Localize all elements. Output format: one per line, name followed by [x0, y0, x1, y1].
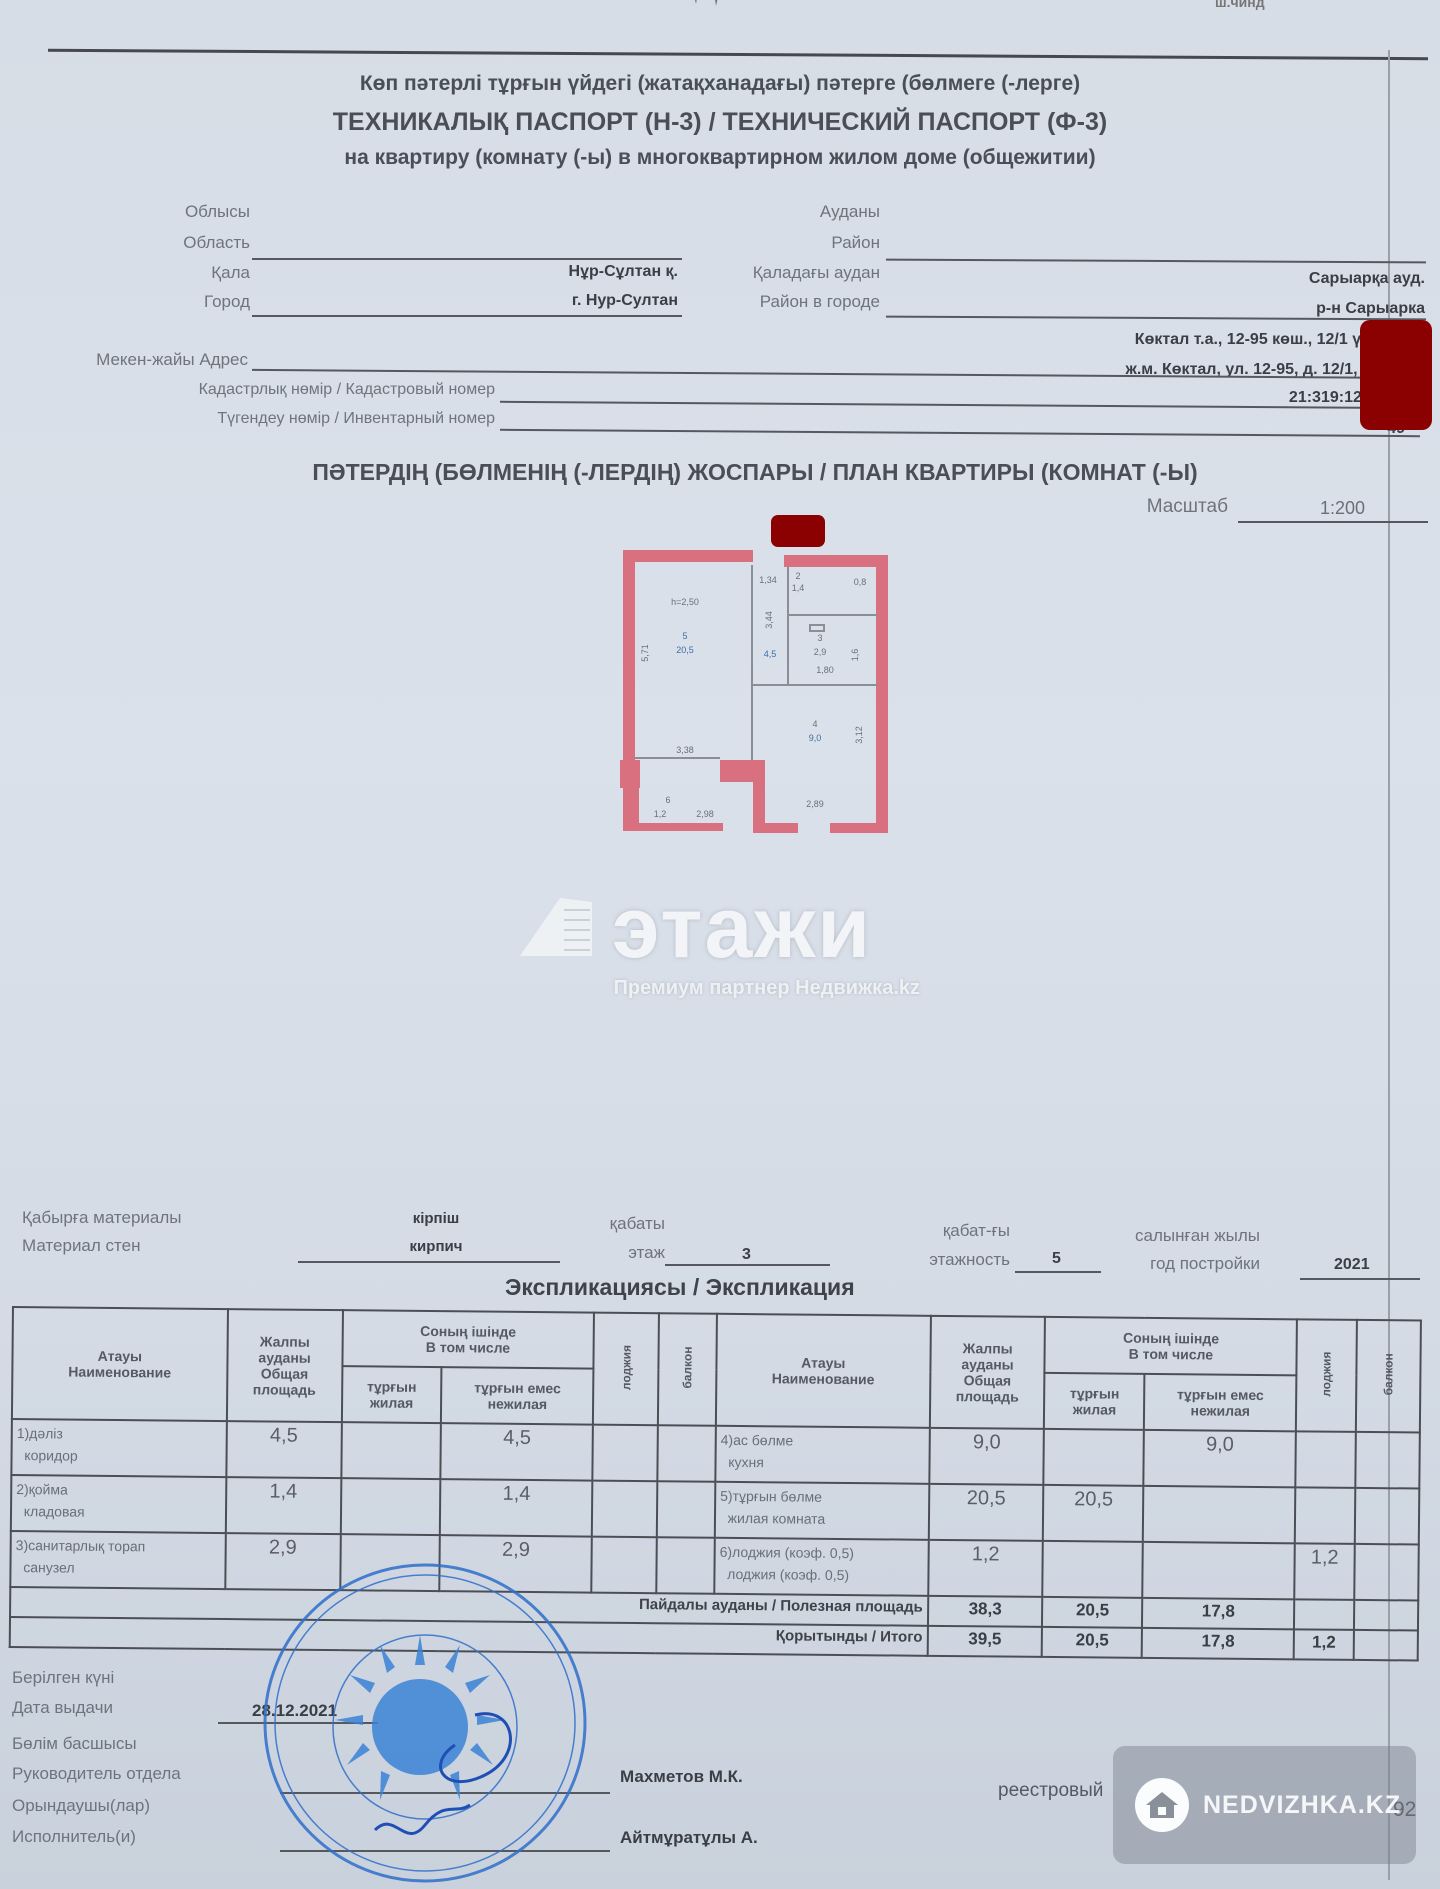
col-living-header-right: тұрғынжилая: [1044, 1373, 1144, 1430]
svg-text:5,71: 5,71: [640, 644, 650, 662]
svg-text:9,0: 9,0: [809, 733, 822, 743]
issue-date-label-ru: Дата выдачи: [12, 1698, 113, 1718]
watermark-brand: этажи: [612, 885, 872, 971]
top-corner-text: ш.чинд: [1215, 0, 1265, 10]
col-balcony-header-right: балкон: [1356, 1320, 1421, 1433]
emblem-fragment-icon: [650, 0, 770, 20]
wall-label-kz: Қабырға материалы: [22, 1208, 182, 1228]
inventory-label: Түгендеу нөмір / Инвентарный номер: [217, 410, 495, 428]
wall-value-kz: кірпіш: [396, 1210, 476, 1227]
col-balcony-header-left: балкон: [658, 1313, 717, 1426]
floor-label-kz: қабаты: [610, 1214, 665, 1234]
district-field-line: [886, 259, 1426, 264]
plan-title: ПӘТЕРДІҢ (БӨЛМЕНІҢ (-ЛЕРДІҢ) ЖОСПАРЫ / П…: [0, 459, 1440, 486]
svg-text:1,34: 1,34: [759, 575, 777, 585]
address-label: Мекен-жайы Адрес: [96, 350, 248, 370]
watermark-tagline: Премиум партнер Недвижка.kz: [520, 977, 940, 1000]
city-value-ru: г. Нур-Султан: [572, 292, 678, 310]
city-label-ru: Город: [204, 292, 250, 312]
top-rule: [48, 49, 1428, 60]
col-loggia-header-right: лоджия: [1296, 1319, 1357, 1432]
redaction-block: [1360, 320, 1432, 430]
wall-value-ru: кирпич: [396, 1238, 476, 1255]
oblast-label-kz: Облысы: [185, 202, 250, 222]
head-label-ru: Руководитель отдела: [12, 1764, 181, 1784]
floors-value: 5: [1052, 1250, 1061, 1268]
nedvizhka-badge[interactable]: NEDVIZHKA.KZ: [1113, 1746, 1416, 1864]
header-subtitle-kz: Көп пәтерлі тұрғын үйдегі (жатақханадағы…: [0, 72, 1440, 96]
explication-table: АтауыНаименование Жалпы ауданыОбщая площ…: [9, 1306, 1422, 1662]
oblast-label-ru: Область: [183, 233, 250, 253]
svg-text:h=2,50: h=2,50: [671, 597, 699, 607]
executor-label-ru: Исполнитель(и): [12, 1827, 136, 1847]
svg-text:3,12: 3,12: [854, 726, 864, 744]
executor-label-kz: Орындаушы(лар): [12, 1796, 150, 1816]
city-district-label-ru: Район в городе: [760, 292, 880, 312]
header-title: ТЕХНИКАЛЫҚ ПАСПОРТ (Н-3) / ТЕХНИЧЕСКИЙ П…: [0, 108, 1440, 137]
address-value-kz: Көктал т.а., 12-95 көш., 12/1 ү.,: [1135, 331, 1370, 349]
scale-field-line: [1238, 521, 1428, 523]
scale-value: 1:200: [1320, 498, 1365, 519]
year-field-line: [1300, 1278, 1420, 1280]
city-field-line: [252, 315, 682, 317]
col-nonliving-header-right: тұрғын емеснежилая: [1144, 1374, 1296, 1431]
district-label-ru: Район: [831, 233, 880, 253]
col-total-header-left: Жалпы ауданыОбщая площадь: [227, 1309, 343, 1422]
official-stamp: [255, 1555, 595, 1885]
year-label-kz: салынған жылы: [1135, 1226, 1260, 1246]
col-loggia-header-left: лоджия: [593, 1313, 659, 1426]
wall-label-ru: Материал стен: [22, 1236, 140, 1256]
city-district-value-kz: Сарыарқа ауд.: [1309, 270, 1425, 288]
svg-text:1,2: 1,2: [654, 809, 667, 819]
city-district-label-kz: Қаладағы аудан: [753, 263, 880, 283]
cadastral-label: Кадастрлық нөмір / Кадастровый номер: [199, 381, 495, 399]
issue-date-label-kz: Берілген күні: [12, 1668, 114, 1688]
svg-text:20,5: 20,5: [676, 645, 694, 655]
badge-text: NEDVIZHKA.KZ: [1203, 1791, 1401, 1820]
wall-field-line: [298, 1261, 560, 1263]
building-logo-icon: [520, 898, 600, 958]
cadastral-field-line: [500, 401, 1420, 409]
col-total-header-right: Жалпы ауданыОбщая площадь: [929, 1316, 1045, 1429]
floors-label-kz: қабат-ғы: [943, 1221, 1010, 1241]
year-label-ru: год постройки: [1150, 1254, 1260, 1274]
executor-name: Айтмұратұлы А.: [620, 1828, 758, 1848]
svg-text:0,8: 0,8: [854, 577, 867, 587]
scale-label: Масштаб: [1147, 496, 1228, 518]
col-living-header-left: тұрғынжилая: [341, 1366, 441, 1423]
svg-text:3: 3: [817, 633, 822, 643]
svg-text:1,80: 1,80: [816, 665, 834, 675]
svg-text:4: 4: [812, 719, 817, 729]
head-label-kz: Бөлім басшысы: [12, 1734, 137, 1754]
svg-text:2,89: 2,89: [806, 799, 824, 809]
floor-plan: h=2,50 5 20,5 5,71 3,38 1,34 3,44 4,5 2 …: [620, 545, 890, 835]
col-incl-header-left: Соның ішіндеВ том числе: [342, 1310, 594, 1368]
svg-text:3,44: 3,44: [764, 611, 774, 629]
header-subtitle-ru: на квартиру (комнату (-ы) в многоквартир…: [0, 146, 1440, 170]
col-nonliving-header-left: тұрғын емеснежилая: [441, 1367, 593, 1424]
col-name-header-left: АтауыНаименование: [12, 1307, 228, 1421]
floor-value: 3: [742, 1246, 751, 1264]
svg-text:3,38: 3,38: [676, 745, 694, 755]
city-label-kz: Қала: [211, 263, 250, 283]
floors-label-ru: этажность: [929, 1250, 1010, 1270]
svg-text:1,6: 1,6: [850, 649, 860, 662]
floor-field-line: [665, 1264, 830, 1266]
city-value-kz: Нұр-Сұлтан қ.: [569, 263, 678, 281]
svg-text:2: 2: [795, 571, 800, 581]
oblast-field-line: [252, 258, 682, 260]
registry-label: реестровый: [998, 1780, 1103, 1802]
floors-field-line: [1015, 1271, 1101, 1273]
col-name-header-right: АтауыНаименование: [716, 1314, 931, 1428]
floor-label-ru: этаж: [628, 1243, 665, 1263]
svg-text:1,4: 1,4: [792, 583, 805, 593]
explication-title: Экспликациясы / Экспликация: [505, 1274, 855, 1301]
inventory-field-line: [500, 429, 1420, 437]
etazhi-watermark: этажи Премиум партнер Недвижка.kz: [520, 885, 940, 1000]
col-incl-header-right: Соның ішіндеВ том числе: [1045, 1317, 1297, 1375]
svg-text:2,98: 2,98: [696, 809, 714, 819]
svg-text:2,9: 2,9: [814, 647, 827, 657]
svg-text:5: 5: [682, 631, 687, 641]
house-icon: [1135, 1778, 1189, 1832]
svg-text:4,5: 4,5: [764, 649, 777, 659]
year-value: 2021: [1334, 1256, 1370, 1274]
head-name: Махметов М.К.: [620, 1767, 743, 1787]
district-label-kz: Ауданы: [820, 202, 880, 222]
city-district-value-ru: р-н Сарыарка: [1316, 300, 1425, 318]
redaction-block-small: [771, 515, 825, 547]
svg-text:6: 6: [665, 795, 670, 805]
